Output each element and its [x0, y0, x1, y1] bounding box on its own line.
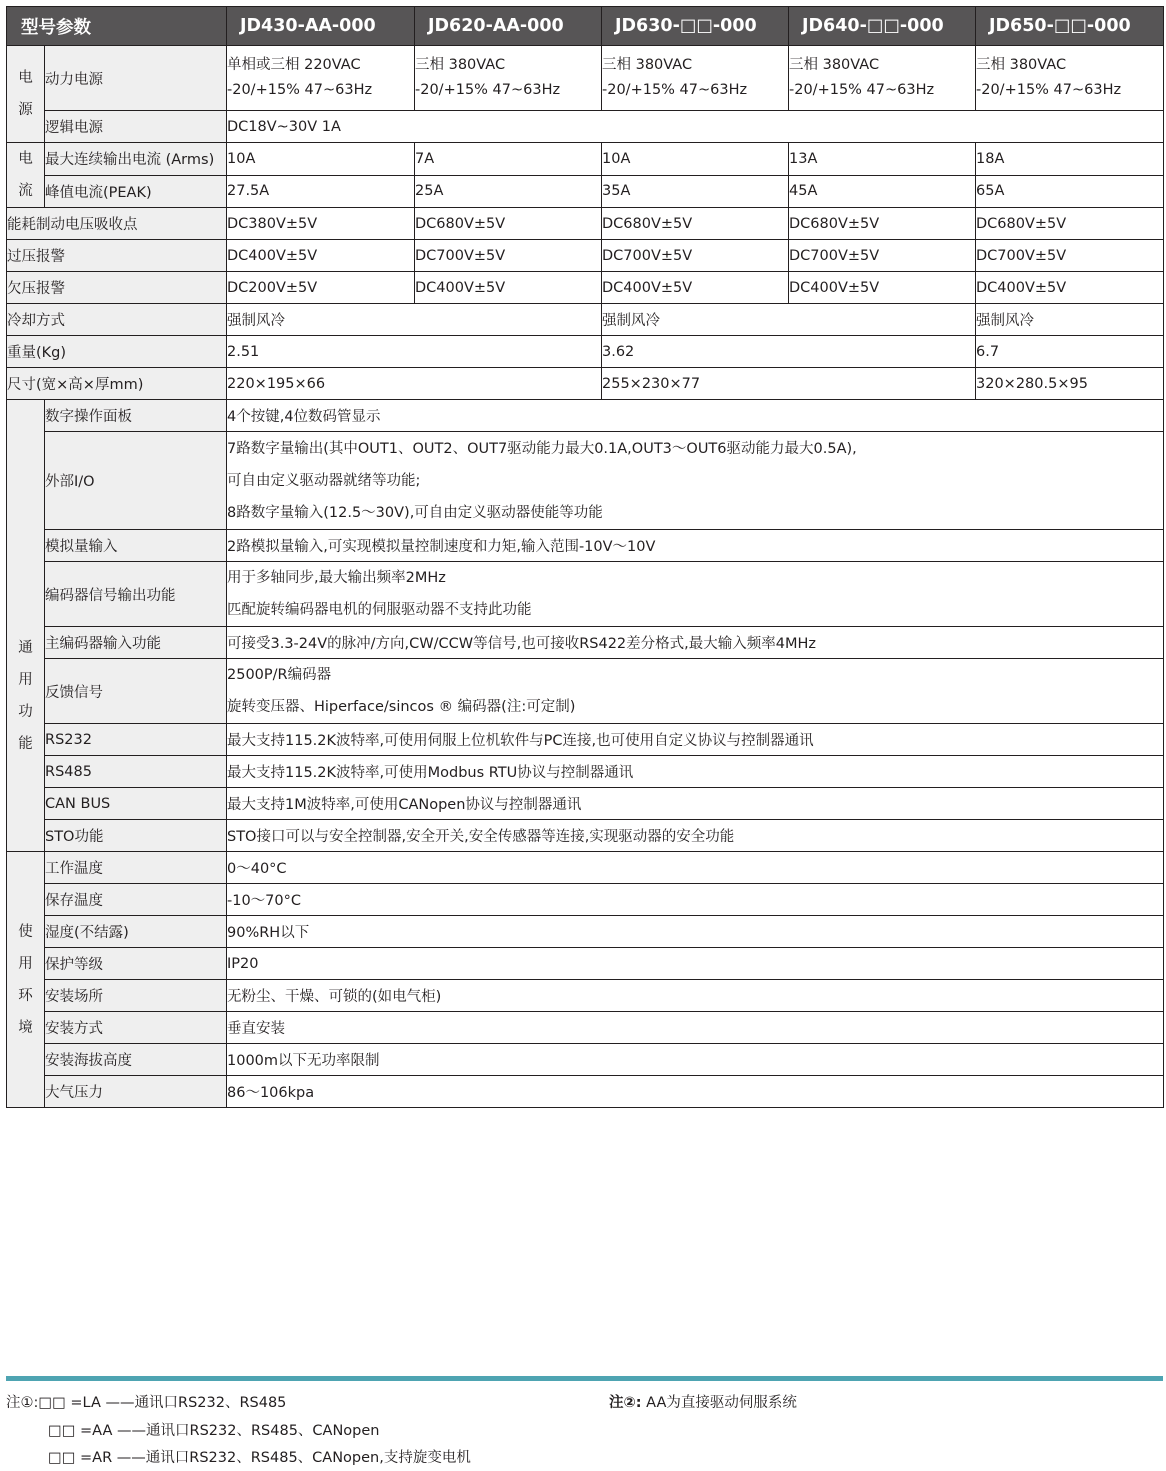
cell: 最大支持1M波特率,可使用CANopen协议与控制器通讯	[227, 788, 1164, 820]
cell: DC400V±5V	[789, 272, 976, 304]
table-row: 编码器信号输出功能 用于多轴同步,最大输出频率2MHz 匹配旋转编码器电机的伺服…	[7, 562, 1164, 627]
row-label: 过压报警	[7, 240, 227, 272]
group-general: 通 用 功 能	[7, 400, 45, 852]
table-row: 通 用 功 能 数字操作面板 4个按键,4位数码管显示	[7, 400, 1164, 432]
table-row: STO功能 STO接口可以与安全控制器,安全开关,安全传感器等连接,实现驱动器的…	[7, 820, 1164, 852]
note-prefix: 注①:	[6, 1395, 38, 1411]
cell: DC400V±5V	[602, 272, 789, 304]
row-label: 尺寸(宽×高×厚mm)	[7, 368, 227, 400]
group-char: 功	[7, 696, 44, 728]
cell-line: 三相 380VAC	[415, 53, 601, 78]
table-row: 保存温度 -10～70°C	[7, 884, 1164, 916]
note-text: □□ =LA ——通讯口RS232、RS485	[38, 1395, 286, 1411]
cell: 45A	[789, 175, 976, 208]
group-char: 环	[7, 980, 44, 1012]
group-char: 通	[7, 632, 44, 664]
cell: 用于多轴同步,最大输出频率2MHz 匹配旋转编码器电机的伺服驱动器不支持此功能	[227, 562, 1164, 627]
group-char: 源	[7, 94, 44, 126]
cell: 6.7	[976, 336, 1164, 368]
row-label: 峰值电流(PEAK)	[45, 175, 227, 208]
table-row: 能耗制动电压吸收点 DC380V±5V DC680V±5V DC680V±5V …	[7, 208, 1164, 240]
cell-line: -20/+15% 47~63Hz	[415, 78, 601, 103]
param-header: 型号参数	[7, 7, 227, 46]
note-1-line: 注①:□□ =LA ——通讯口RS232、RS485	[6, 1390, 471, 1418]
row-label: 主编码器输入功能	[45, 627, 227, 659]
cell: 2路模拟量输入,可实现模拟量控制速度和力矩,输入范围-10V～10V	[227, 530, 1164, 562]
cell: DC200V±5V	[227, 272, 415, 304]
cell: 2.51	[227, 336, 602, 368]
spec-table: 型号参数 JD430-AA-000 JD620-AA-000 JD630-□□-…	[6, 6, 1164, 1108]
row-label: 反馈信号	[45, 659, 227, 724]
row-label: 能耗制动电压吸收点	[7, 208, 227, 240]
cell-line: 三相 380VAC	[976, 53, 1163, 78]
row-label: RS232	[45, 724, 227, 756]
row-label: 逻辑电源	[45, 111, 227, 143]
cell-line: 单相或三相 220VAC	[227, 53, 414, 78]
cell-line: 三相 380VAC	[602, 53, 788, 78]
note-text: AA为直接驱动伺服系统	[642, 1395, 797, 1411]
cell: DC700V±5V	[789, 240, 976, 272]
cell: 7路数字量输出(其中OUT1、OUT2、OUT7驱动能力最大0.1A,OUT3～…	[227, 432, 1164, 530]
table-row: 冷却方式 强制风冷 强制风冷 强制风冷	[7, 304, 1164, 336]
model-header: JD430-AA-000	[227, 7, 415, 46]
note-1-line: □□ =AA ——通讯口RS232、RS485、CANopen	[6, 1418, 471, 1446]
cell: 13A	[789, 143, 976, 176]
cell: 三相 380VAC-20/+15% 47~63Hz	[789, 46, 976, 111]
cell-line: 用于多轴同步,最大输出频率2MHz	[227, 562, 1163, 594]
row-label: 模拟量输入	[45, 530, 227, 562]
cell: 2500P/R编码器 旋转变压器、Hiperface/sincos ® 编码器(…	[227, 659, 1164, 724]
accent-divider	[6, 1376, 1163, 1381]
cell: 强制风冷	[227, 304, 602, 336]
cell: 3.62	[602, 336, 976, 368]
row-label: STO功能	[45, 820, 227, 852]
table-row: 尺寸(宽×高×厚mm) 220×195×66 255×230×77 320×28…	[7, 368, 1164, 400]
row-label: 保存温度	[45, 884, 227, 916]
table-row: 重量(Kg) 2.51 3.62 6.7	[7, 336, 1164, 368]
cell: 最大支持115.2K波特率,可使用Modbus RTU协议与控制器通讯	[227, 756, 1164, 788]
table-row: RS232 最大支持115.2K波特率,可使用伺服上位机软件与PC连接,也可使用…	[7, 724, 1164, 756]
header-row: 型号参数 JD430-AA-000 JD620-AA-000 JD630-□□-…	[7, 7, 1164, 46]
group-char: 用	[7, 664, 44, 696]
group-char: 电	[7, 62, 44, 94]
cell: 35A	[602, 175, 789, 208]
table-row: 反馈信号 2500P/R编码器 旋转变压器、Hiperface/sincos ®…	[7, 659, 1164, 724]
row-label: 工作温度	[45, 852, 227, 884]
cell: DC400V±5V	[415, 272, 602, 304]
cell-line: 三相 380VAC	[789, 53, 975, 78]
cell: 7A	[415, 143, 602, 176]
row-label: 安装海拔高度	[45, 1044, 227, 1076]
table-row: 电 源 动力电源 单相或三相 220VAC-20/+15% 47~63Hz 三相…	[7, 46, 1164, 111]
cell: 65A	[976, 175, 1164, 208]
cell: 320×280.5×95	[976, 368, 1164, 400]
row-label: 保护等级	[45, 948, 227, 980]
cell-line: 8路数字量输入(12.5～30V),可自由定义驱动器使能等功能	[227, 497, 1163, 529]
cell: DC700V±5V	[976, 240, 1164, 272]
row-label: 动力电源	[45, 46, 227, 111]
table-row: 安装场所 无粉尘、干燥、可锁的(如电气柜)	[7, 980, 1164, 1012]
table-row: 湿度(不结露) 90%RH以下	[7, 916, 1164, 948]
cell: 1000m以下无功率限制	[227, 1044, 1164, 1076]
cell: DC680V±5V	[415, 208, 602, 240]
cell: 4个按键,4位数码管显示	[227, 400, 1164, 432]
table-row: 主编码器输入功能 可接受3.3-24V的脉冲/方向,CW/CCW等信号,也可接收…	[7, 627, 1164, 659]
cell: 255×230×77	[602, 368, 976, 400]
note-2: 注②: AA为直接驱动伺服系统	[609, 1390, 797, 1418]
table-row: 过压报警 DC400V±5V DC700V±5V DC700V±5V DC700…	[7, 240, 1164, 272]
cell-line: 匹配旋转编码器电机的伺服驱动器不支持此功能	[227, 594, 1163, 626]
cell: 三相 380VAC-20/+15% 47~63Hz	[415, 46, 602, 111]
model-header: JD630-□□-000	[602, 7, 789, 46]
group-environment: 使 用 环 境	[7, 852, 45, 1108]
cell: 10A	[227, 143, 415, 176]
cell: 220×195×66	[227, 368, 602, 400]
row-label: CAN BUS	[45, 788, 227, 820]
cell: 10A	[602, 143, 789, 176]
table-row: CAN BUS 最大支持1M波特率,可使用CANopen协议与控制器通讯	[7, 788, 1164, 820]
cell-line: -20/+15% 47~63Hz	[227, 78, 414, 103]
group-current: 电 流	[7, 143, 45, 208]
cell-line: -20/+15% 47~63Hz	[602, 78, 788, 103]
row-label: 大气压力	[45, 1076, 227, 1108]
group-char: 能	[7, 728, 44, 760]
group-char: 电	[7, 143, 44, 175]
cell: DC400V±5V	[976, 272, 1164, 304]
cell: DC700V±5V	[415, 240, 602, 272]
cell: 18A	[976, 143, 1164, 176]
cell: 0～40°C	[227, 852, 1164, 884]
cell: DC700V±5V	[602, 240, 789, 272]
group-char: 使	[7, 916, 44, 948]
cell: DC18V~30V 1A	[227, 111, 1164, 143]
cell-line: -20/+15% 47~63Hz	[789, 78, 975, 103]
cell: 三相 380VAC-20/+15% 47~63Hz	[602, 46, 789, 111]
cell: DC380V±5V	[227, 208, 415, 240]
model-header: JD640-□□-000	[789, 7, 976, 46]
model-header: JD620-AA-000	[415, 7, 602, 46]
cell: DC680V±5V	[789, 208, 976, 240]
table-row: RS485 最大支持115.2K波特率,可使用Modbus RTU协议与控制器通…	[7, 756, 1164, 788]
cell: 强制风冷	[976, 304, 1164, 336]
cell: 无粉尘、干燥、可锁的(如电气柜)	[227, 980, 1164, 1012]
row-label: 欠压报警	[7, 272, 227, 304]
row-label: 最大连续输出电流 (Arms)	[45, 143, 227, 176]
cell: 86～106kpa	[227, 1076, 1164, 1108]
cell: 三相 380VAC-20/+15% 47~63Hz	[976, 46, 1164, 111]
cell: 单相或三相 220VAC-20/+15% 47~63Hz	[227, 46, 415, 111]
cell: 27.5A	[227, 175, 415, 208]
table-row: 外部I/O 7路数字量输出(其中OUT1、OUT2、OUT7驱动能力最大0.1A…	[7, 432, 1164, 530]
row-label: 湿度(不结露)	[45, 916, 227, 948]
row-label: 数字操作面板	[45, 400, 227, 432]
table-row: 保护等级 IP20	[7, 948, 1164, 980]
table-row: 使 用 环 境 工作温度 0～40°C	[7, 852, 1164, 884]
row-label: RS485	[45, 756, 227, 788]
group-char: 流	[7, 175, 44, 207]
note-1-line: □□ =AR ——通讯口RS232、RS485、CANopen,支持旋变电机	[6, 1445, 471, 1471]
cell: STO接口可以与安全控制器,安全开关,安全传感器等连接,实现驱动器的安全功能	[227, 820, 1164, 852]
table-row: 电 流 最大连续输出电流 (Arms) 10A 7A 10A 13A 18A	[7, 143, 1164, 176]
cell: DC680V±5V	[976, 208, 1164, 240]
group-power: 电 源	[7, 46, 45, 143]
row-label: 外部I/O	[45, 432, 227, 530]
table-row: 安装海拔高度 1000m以下无功率限制	[7, 1044, 1164, 1076]
table-row: 欠压报警 DC200V±5V DC400V±5V DC400V±5V DC400…	[7, 272, 1164, 304]
table-row: 模拟量输入 2路模拟量输入,可实现模拟量控制速度和力矩,输入范围-10V～10V	[7, 530, 1164, 562]
cell: 最大支持115.2K波特率,可使用伺服上位机软件与PC连接,也可使用自定义协议与…	[227, 724, 1164, 756]
cell: DC680V±5V	[602, 208, 789, 240]
group-char: 用	[7, 948, 44, 980]
model-header: JD650-□□-000	[976, 7, 1164, 46]
row-label: 安装方式	[45, 1012, 227, 1044]
table-row: 逻辑电源 DC18V~30V 1A	[7, 111, 1164, 143]
cell-line: 2500P/R编码器	[227, 659, 1163, 691]
cell-line: -20/+15% 47~63Hz	[976, 78, 1163, 103]
group-char: 境	[7, 1012, 44, 1044]
cell: 强制风冷	[602, 304, 976, 336]
row-label: 编码器信号输出功能	[45, 562, 227, 627]
table-row: 大气压力 86～106kpa	[7, 1076, 1164, 1108]
row-label: 重量(Kg)	[7, 336, 227, 368]
cell-line: 可自由定义驱动器就绪等功能;	[227, 465, 1163, 497]
cell: 可接受3.3-24V的脉冲/方向,CW/CCW等信号,也可接收RS422差分格式…	[227, 627, 1164, 659]
cell-line: 旋转变压器、Hiperface/sincos ® 编码器(注:可定制)	[227, 691, 1163, 723]
cell: 垂直安装	[227, 1012, 1164, 1044]
note-1: 注①:□□ =LA ——通讯口RS232、RS485 □□ =AA ——通讯口R…	[6, 1390, 471, 1471]
cell: IP20	[227, 948, 1164, 980]
cell: 25A	[415, 175, 602, 208]
table-row: 峰值电流(PEAK) 27.5A 25A 35A 45A 65A	[7, 175, 1164, 208]
row-label: 冷却方式	[7, 304, 227, 336]
cell: DC400V±5V	[227, 240, 415, 272]
cell: -10～70°C	[227, 884, 1164, 916]
note-prefix: 注②:	[609, 1395, 642, 1411]
row-label: 安装场所	[45, 980, 227, 1012]
table-row: 安装方式 垂直安装	[7, 1012, 1164, 1044]
cell: 90%RH以下	[227, 916, 1164, 948]
cell-line: 7路数字量输出(其中OUT1、OUT2、OUT7驱动能力最大0.1A,OUT3～…	[227, 433, 1163, 465]
